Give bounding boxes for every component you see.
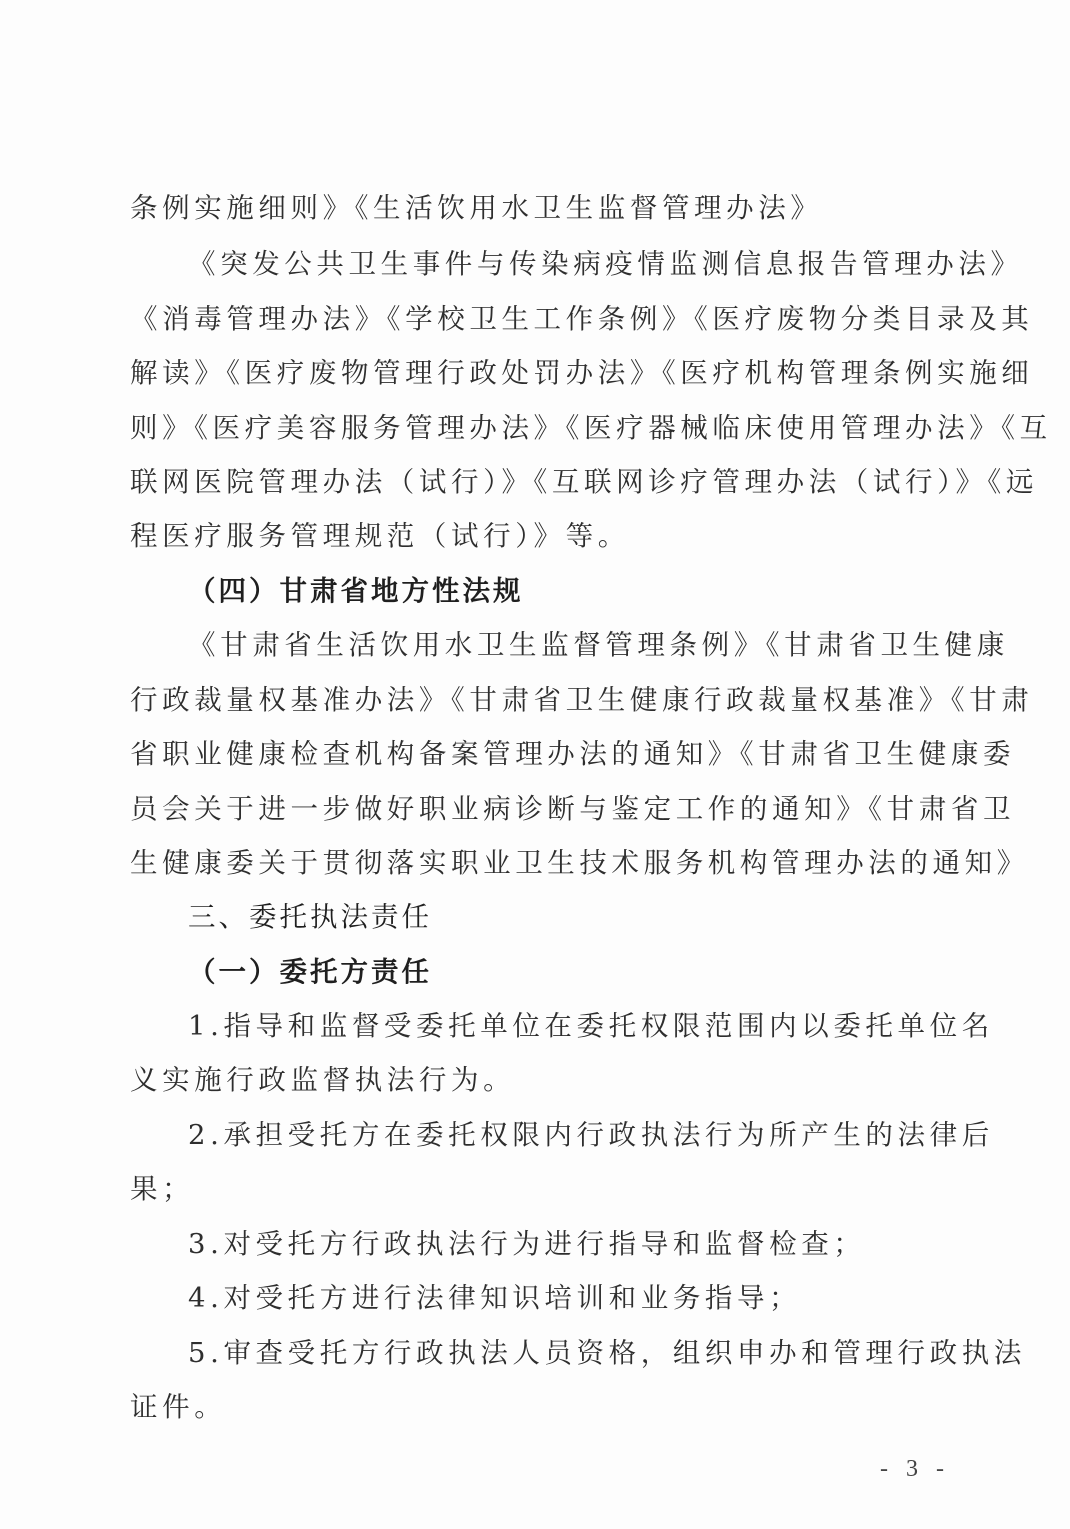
list-item-4: 4.对受托方进行法律知识培训和业务指导； [188, 1278, 1003, 1318]
list-item-1-continuation: 义实施行政监督执法行为。 [130, 1060, 945, 1100]
text-line-gansu-regulations: 省职业健康检查机构备案管理办法的通知》《甘肃省卫生健康委 [130, 734, 945, 774]
section-heading-gansu-local-regulations: （四）甘肃省地方性法规 [188, 571, 1003, 611]
section-heading-delegated-enforcement: 三、委托执法责任 [188, 897, 1003, 937]
text-line-gansu-regulations: 《甘肃省生活饮用水卫生监督管理条例》《甘肃省卫生健康 [188, 625, 1003, 665]
text-line-continuation: 条例实施细则》《生活饮用水卫生监督管理办法》 [130, 188, 945, 228]
list-item-3: 3.对受托方行政执法行为进行指导和监督检查； [188, 1224, 1003, 1264]
text-line-gansu-regulations: 员会关于进一步做好职业病诊断与鉴定工作的通知》《甘肃省卫 [130, 789, 945, 829]
list-item-5: 5.审查受托方行政执法人员资格，组织申办和管理行政执法 [188, 1333, 1003, 1373]
subsection-heading-delegator-responsibility: （一）委托方责任 [188, 952, 1003, 992]
list-item-1: 1.指导和监督受委托单位在委托权限范围内以委托单位名 [188, 1006, 1003, 1046]
list-item-5-continuation: 证件。 [130, 1387, 945, 1427]
text-line-regulation-list: 解读》《医疗废物管理行政处罚办法》《医疗机构管理条例实施细 [130, 353, 945, 393]
text-line-regulation-list: 《消毒管理办法》《学校卫生工作条例》《医疗废物分类目录及其 [130, 299, 945, 339]
document-page: 条例实施细则》《生活饮用水卫生监督管理办法》 《突发公共卫生事件与传染病疫情监测… [0, 0, 1070, 1529]
text-line-gansu-regulations: 行政裁量权基准办法》《甘肃省卫生健康行政裁量权基准》《甘肃 [130, 680, 945, 720]
list-item-2: 2.承担受托方在委托权限内行政执法行为所产生的法律后 [188, 1115, 1003, 1155]
text-line-regulation-list: 《突发公共卫生事件与传染病疫情监测信息报告管理办法》 [188, 244, 1003, 284]
text-line-gansu-regulations: 生健康委关于贯彻落实职业卫生技术服务机构管理办法的通知》 [130, 843, 945, 883]
text-line-regulation-list-end: 程医疗服务管理规范（试行）》等。 [130, 516, 945, 556]
page-number: - 3 - [880, 1454, 950, 1484]
text-line-regulation-list: 联网医院管理办法（试行）》《互联网诊疗管理办法（试行）》《远 [130, 462, 945, 502]
text-line-regulation-list: 则》《医疗美容服务管理办法》《医疗器械临床使用管理办法》《互 [130, 408, 945, 448]
list-item-2-continuation: 果； [130, 1169, 945, 1209]
